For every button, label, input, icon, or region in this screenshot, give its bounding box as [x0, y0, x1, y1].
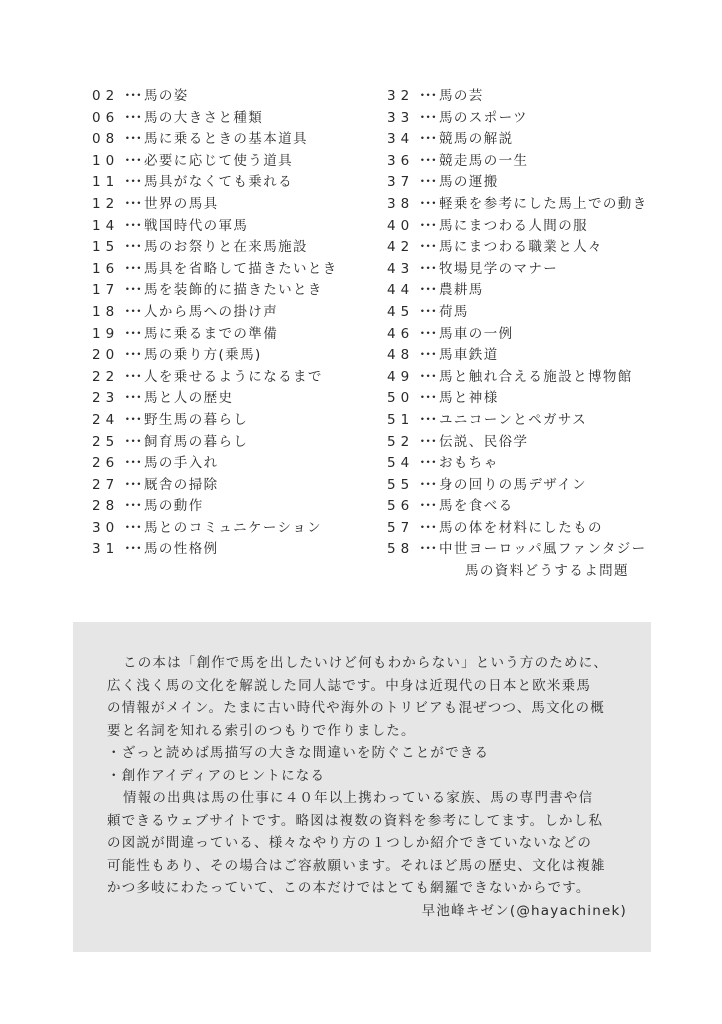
toc-page-number: 22 [92, 367, 124, 389]
toc-page-number: 26 [92, 453, 124, 475]
toc-title: 馬の体を材料にしたもの [439, 518, 603, 540]
intro-line: この本は「創作で馬を出したいけど何もわからない」という方のために、 [107, 652, 627, 675]
toc-item: 38･･･軽乗を参考にした馬上での動き [387, 194, 687, 216]
intro-line: かつ多岐にわたっていて、この本だけではとても網羅できないからです。 [107, 877, 627, 900]
toc-title: 馬と触れ合える施設と博物館 [439, 367, 633, 389]
toc-title: 飼育馬の暮らし [144, 432, 248, 454]
toc-item: 48･･･馬車鉄道 [387, 345, 687, 367]
toc-page-number: 27 [92, 475, 124, 497]
toc-page-number: 20 [92, 345, 124, 367]
toc-page-number: 08 [92, 129, 124, 151]
toc-page-number: 25 [92, 432, 124, 454]
toc-item: 36･･･競走馬の一生 [387, 151, 687, 173]
toc-page-number: 58 [387, 539, 419, 561]
toc-leader-dots: ･･･ [419, 280, 439, 302]
toc-page-number: 30 [92, 518, 124, 540]
toc-title: 馬を装飾的に描きたいとき [144, 280, 323, 302]
toc-page-number: 45 [387, 302, 419, 324]
toc-page-number: 11 [92, 172, 124, 194]
toc-page-number: 31 [92, 539, 124, 561]
toc-page-number: 52 [387, 432, 419, 454]
toc-page-number: 42 [387, 237, 419, 259]
toc-title: 馬の大きさと種類 [144, 108, 263, 130]
toc-title: 馬にまつわる職業と人々 [439, 237, 603, 259]
toc-title: 馬と人の歴史 [144, 388, 233, 410]
toc-title: 馬の手入れ [144, 453, 219, 475]
toc-item: 19･･･馬に乗るまでの準備 [92, 324, 382, 346]
toc-item: 42･･･馬にまつわる職業と人々 [387, 237, 687, 259]
toc-page-number: 38 [387, 194, 419, 216]
toc-item: 12･･･世界の馬具 [92, 194, 382, 216]
toc-page-number: 50 [387, 388, 419, 410]
toc-title: 農耕馬 [439, 280, 484, 302]
toc-page-number: 06 [92, 108, 124, 130]
toc-leader-dots: ･･･ [124, 453, 144, 475]
toc-leader-dots: ･･･ [419, 388, 439, 410]
toc-leader-dots: ･･･ [419, 86, 439, 108]
toc-item: 56･･･馬を食べる [387, 496, 687, 518]
toc-leader-dots: ･･･ [419, 259, 439, 281]
toc-page-number: 19 [92, 324, 124, 346]
toc-title: 馬の姿 [144, 86, 189, 108]
toc-item: 31･･･馬の性格例 [92, 539, 382, 561]
intro-line: 可能性もあり、その場合はご容赦願います。それほど馬の歴史、文化は複雑 [107, 855, 627, 878]
toc-leader-dots: ･･･ [124, 432, 144, 454]
toc-page-number: 17 [92, 280, 124, 302]
toc-item: 23･･･馬と人の歴史 [92, 388, 382, 410]
toc-page-number: 02 [92, 86, 124, 108]
toc-title: 馬の乗り方(乗馬) [144, 345, 262, 367]
toc-leader-dots: ･･･ [419, 367, 439, 389]
toc-title: 競走馬の一生 [439, 151, 528, 173]
intro-line: 広く浅く馬の文化を解説した同人誌です。中身は近現代の日本と欧米乗馬 [107, 675, 627, 698]
toc-title: 中世ヨーロッパ風ファンタジー [439, 539, 647, 561]
toc-title: 人から馬への掛け声 [144, 302, 278, 324]
toc-item: 55･･･身の回りの馬デザイン [387, 475, 687, 497]
toc-page-number: 43 [387, 259, 419, 281]
toc-item: 06･･･馬の大きさと種類 [92, 108, 382, 130]
toc-page-number: 33 [387, 108, 419, 130]
toc-leader-dots: ･･･ [124, 237, 144, 259]
toc-leader-dots: ･･･ [419, 324, 439, 346]
toc-page-number: 24 [92, 410, 124, 432]
toc-page-number: 32 [387, 86, 419, 108]
toc-item: 18･･･人から馬への掛け声 [92, 302, 382, 324]
toc-item: 32･･･馬の芸 [387, 86, 687, 108]
toc-title: 馬とのコミュニケーション [144, 518, 322, 540]
toc-page-number: 15 [92, 237, 124, 259]
toc-title: 馬の性格例 [144, 539, 219, 561]
toc-item: 02･･･馬の姿 [92, 86, 382, 108]
toc-title: 厩舎の掃除 [144, 475, 219, 497]
toc-title: 必要に応じて使う道具 [144, 151, 293, 173]
toc-page-number: 18 [92, 302, 124, 324]
toc-leader-dots: ･･･ [124, 194, 144, 216]
toc-title: ユニコーンとペガサス [439, 410, 587, 432]
toc-leader-dots: ･･･ [419, 453, 439, 475]
toc-leader-dots: ･･･ [124, 475, 144, 497]
toc-page-number: 36 [387, 151, 419, 173]
toc-left-column: 02･･･馬の姿06･･･馬の大きさと種類08･･･馬に乗るときの基本道具10･… [92, 86, 382, 561]
toc-item: 24･･･野生馬の暮らし [92, 410, 382, 432]
toc-leader-dots: ･･･ [124, 216, 144, 238]
toc-title: 馬に乗るまでの準備 [144, 324, 278, 346]
toc-leader-dots: ･･･ [419, 518, 439, 540]
toc-item: 46･･･馬車の一例 [387, 324, 687, 346]
toc-item: 30･･･馬とのコミュニケーション [92, 518, 382, 540]
toc-page-number: 23 [92, 388, 124, 410]
toc-page-number: 28 [92, 496, 124, 518]
toc-title: 馬を食べる [439, 496, 514, 518]
toc-item: 54･･･おもちゃ [387, 453, 687, 475]
toc-item: 25･･･飼育馬の暮らし [92, 432, 382, 454]
toc-page-number: 57 [387, 518, 419, 540]
toc-title: 戦国時代の軍馬 [144, 216, 248, 238]
intro-line: 頼できるウェブサイトです。略図は複数の資料を参考にしてます。しかし私 [107, 810, 627, 833]
toc-title: 競馬の解説 [439, 129, 514, 151]
toc-leader-dots: ･･･ [124, 280, 144, 302]
toc-leader-dots: ･･･ [419, 194, 439, 216]
toc-title: 人を乗せるようになるまで [144, 367, 323, 389]
toc-item: 08･･･馬に乗るときの基本道具 [92, 129, 382, 151]
toc-leader-dots: ･･･ [124, 129, 144, 151]
toc-title: 馬と神様 [439, 388, 499, 410]
intro-text: この本は「創作で馬を出したいけど何もわからない」という方のために、 広く浅く馬の… [107, 652, 627, 922]
toc-page-number: 16 [92, 259, 124, 281]
toc-title: 荷馬 [439, 302, 469, 324]
author-credit: 早池峰キゼン(@hayachinek) [107, 900, 627, 923]
toc-leader-dots: ･･･ [124, 410, 144, 432]
intro-line: 要と名詞を知れる索引のつもりで作りました。 [107, 720, 627, 743]
toc-title: 馬車鉄道 [439, 345, 499, 367]
toc-leader-dots: ･･･ [419, 410, 439, 432]
toc-title: 馬具がなくても乗れる [144, 172, 293, 194]
toc-title: 牧場見学のマナー [439, 259, 558, 281]
toc-leader-dots: ･･･ [124, 539, 144, 561]
toc-item: 37･･･馬の運搬 [387, 172, 687, 194]
toc-title-continuation: 馬の資料どうするよ問題 [387, 561, 687, 583]
toc-leader-dots: ･･･ [124, 367, 144, 389]
toc-page-number: 48 [387, 345, 419, 367]
toc-leader-dots: ･･･ [124, 518, 144, 540]
toc-item: 11･･･馬具がなくても乗れる [92, 172, 382, 194]
toc-page-number: 37 [387, 172, 419, 194]
toc-item: 16･･･馬具を省略して描きたいとき [92, 259, 382, 281]
intro-box: この本は「創作で馬を出したいけど何もわからない」という方のために、 広く浅く馬の… [73, 622, 651, 952]
toc-leader-dots: ･･･ [419, 302, 439, 324]
toc-leader-dots: ･･･ [419, 216, 439, 238]
toc-leader-dots: ･･･ [419, 108, 439, 130]
toc-item: 51･･･ユニコーンとペガサス [387, 410, 687, 432]
toc-page-number: 34 [387, 129, 419, 151]
toc-leader-dots: ･･･ [124, 324, 144, 346]
toc-leader-dots: ･･･ [419, 172, 439, 194]
toc-page-number: 49 [387, 367, 419, 389]
toc-title: 馬車の一例 [439, 324, 514, 346]
toc-title: おもちゃ [439, 453, 499, 475]
toc-item: 22･･･人を乗せるようになるまで [92, 367, 382, 389]
toc-title: 馬のスポーツ [439, 108, 528, 130]
toc-item: 10･･･必要に応じて使う道具 [92, 151, 382, 173]
toc-title: 世界の馬具 [144, 194, 219, 216]
toc-item: 58･･･中世ヨーロッパ風ファンタジー [387, 539, 687, 561]
toc-title: 身の回りの馬デザイン [439, 475, 587, 497]
toc-item: 17･･･馬を装飾的に描きたいとき [92, 280, 382, 302]
toc-title: 馬のお祭りと在来馬施設 [144, 237, 308, 259]
toc-item: 33･･･馬のスポーツ [387, 108, 687, 130]
toc-leader-dots: ･･･ [124, 108, 144, 130]
toc-leader-dots: ･･･ [124, 388, 144, 410]
intro-line: の図説が間違っている、様々なやり方の１つしか紹介できていないなどの [107, 832, 627, 855]
toc-leader-dots: ･･･ [419, 129, 439, 151]
toc-item: 28･･･馬の動作 [92, 496, 382, 518]
toc-page-number: 14 [92, 216, 124, 238]
toc-title: 馬の運搬 [439, 172, 499, 194]
toc-title: 馬に乗るときの基本道具 [144, 129, 308, 151]
toc-title: 野生馬の暮らし [144, 410, 248, 432]
toc-right-column: 32･･･馬の芸33･･･馬のスポーツ34･･･競馬の解説36･･･競走馬の一生… [387, 86, 687, 583]
intro-bullet: ・ざっと読めば馬描写の大きな間違いを防ぐことができる [107, 742, 627, 765]
toc-item: 49･･･馬と触れ合える施設と博物館 [387, 367, 687, 389]
toc-leader-dots: ･･･ [124, 86, 144, 108]
intro-line: の情報がメイン。たまに古い時代や海外のトリビアも混ぜつつ、馬文化の概 [107, 697, 627, 720]
toc-leader-dots: ･･･ [124, 259, 144, 281]
toc-item: 34･･･競馬の解説 [387, 129, 687, 151]
toc-leader-dots: ･･･ [124, 345, 144, 367]
toc-item: 44･･･農耕馬 [387, 280, 687, 302]
toc-leader-dots: ･･･ [124, 172, 144, 194]
toc-item: 52･･･伝説、民俗学 [387, 432, 687, 454]
toc-page-number: 51 [387, 410, 419, 432]
toc-title: 馬にまつわる人間の服 [439, 216, 588, 238]
toc-leader-dots: ･･･ [419, 345, 439, 367]
toc-item: 43･･･牧場見学のマナー [387, 259, 687, 281]
toc-page-number: 10 [92, 151, 124, 173]
toc-item: 40･･･馬にまつわる人間の服 [387, 216, 687, 238]
toc-leader-dots: ･･･ [419, 539, 439, 561]
toc-page-number: 44 [387, 280, 419, 302]
toc-leader-dots: ･･･ [124, 496, 144, 518]
toc-item: 57･･･馬の体を材料にしたもの [387, 518, 687, 540]
toc-title: 馬の芸 [439, 86, 484, 108]
toc-leader-dots: ･･･ [419, 496, 439, 518]
toc-item: 14･･･戦国時代の軍馬 [92, 216, 382, 238]
toc-item: 20･･･馬の乗り方(乗馬) [92, 345, 382, 367]
toc-leader-dots: ･･･ [419, 475, 439, 497]
toc-leader-dots: ･･･ [419, 151, 439, 173]
toc-page-number: 54 [387, 453, 419, 475]
intro-bullet: ・創作アイディアのヒントになる [107, 765, 627, 788]
toc-page-number: 55 [387, 475, 419, 497]
toc-item: 27･･･厩舎の掃除 [92, 475, 382, 497]
toc-title: 伝説、民俗学 [439, 432, 528, 454]
toc-leader-dots: ･･･ [124, 151, 144, 173]
toc-title: 馬の動作 [144, 496, 204, 518]
toc-leader-dots: ･･･ [419, 432, 439, 454]
intro-line: 情報の出典は馬の仕事に４０年以上携わっている家族、馬の専門書や信 [107, 787, 627, 810]
toc-item: 15･･･馬のお祭りと在来馬施設 [92, 237, 382, 259]
toc-item: 45･･･荷馬 [387, 302, 687, 324]
toc-page-number: 46 [387, 324, 419, 346]
toc-title: 馬具を省略して描きたいとき [144, 259, 338, 281]
toc-item: 50･･･馬と神様 [387, 388, 687, 410]
toc-page-number: 40 [387, 216, 419, 238]
toc-item: 26･･･馬の手入れ [92, 453, 382, 475]
toc-leader-dots: ･･･ [419, 237, 439, 259]
toc-title: 軽乗を参考にした馬上での動き [439, 194, 648, 216]
toc-page-number: 12 [92, 194, 124, 216]
toc-page-number: 56 [387, 496, 419, 518]
toc-leader-dots: ･･･ [124, 302, 144, 324]
